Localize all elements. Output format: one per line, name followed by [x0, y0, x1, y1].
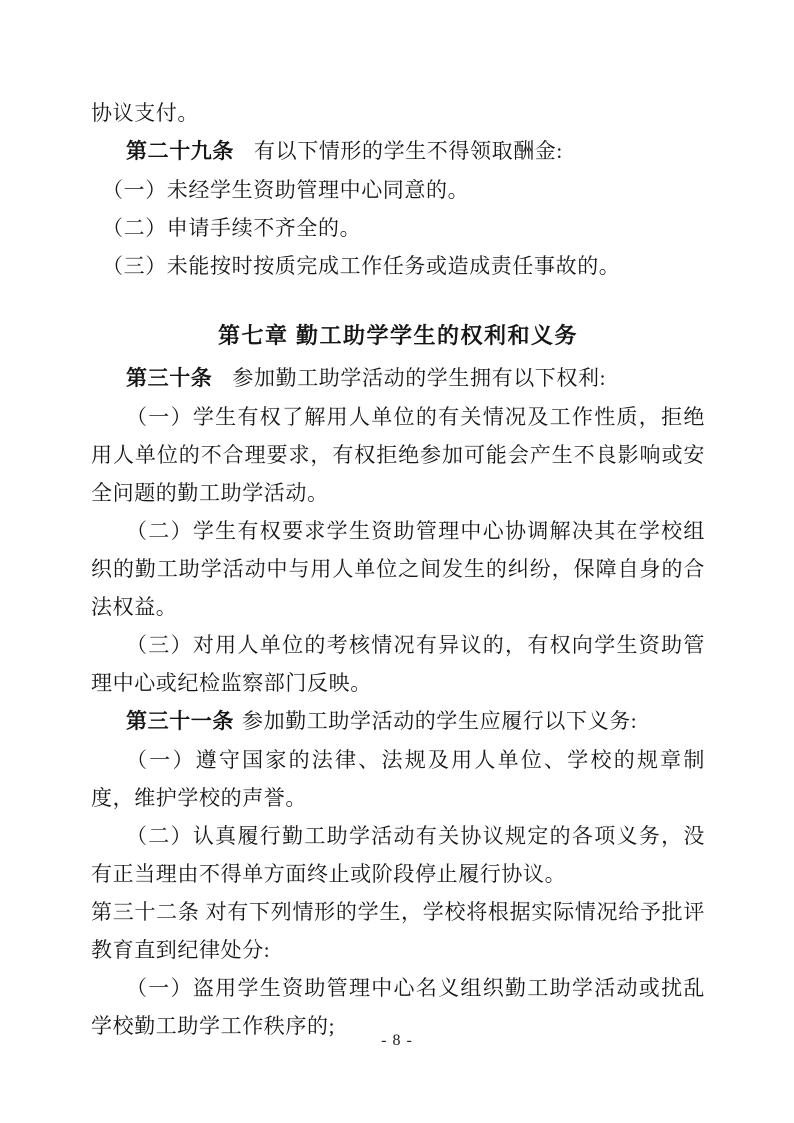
page-number: - 8 - [0, 1032, 794, 1050]
article-31-item-2: （二）认真履行勤工助学活动有关协议规定的各项义务，没有正当理由不得单方面终止或阶… [91, 817, 705, 893]
article-31-text: 参加勤工助学活动的学生应履行以下义务: [242, 709, 637, 733]
article-29-text: 有以下情形的学生不得领取酬金: [254, 139, 563, 163]
article-29-item-3: （三）未能按时按质完成工作任务或造成责任事故的。 [91, 247, 705, 285]
article-30-text: 参加勤工助学活动的学生拥有以下权利: [232, 366, 606, 390]
article-30-number: 第三十条 [126, 367, 212, 390]
article-30-item-3: （三）对用人单位的考核情况有异议的，有权向学生资助管理中心或纪检监察部门反映。 [91, 626, 705, 702]
article-31-number: 第三十一条 [126, 710, 234, 733]
article-29-item-2: （二）申请手续不齐全的。 [91, 209, 705, 247]
article-32: 第三十二条 对有下列情形的学生，学校将根据实际情况给予批评教育直到纪律处分: [91, 893, 705, 969]
article-29-number: 第二十九条 [126, 140, 234, 163]
article-31-item-1: （一）遵守国家的法律、法规及用人单位、学校的规章制度，维护学校的声誉。 [91, 741, 705, 817]
document-body: 协议支付。 第二十九条有以下情形的学生不得领取酬金: （一）未经学生资助管理中心… [91, 94, 705, 1045]
document-page: 协议支付。 第二十九条有以下情形的学生不得领取酬金: （一）未经学生资助管理中心… [0, 0, 794, 1123]
article-29-item-1: （一）未经学生资助管理中心同意的。 [91, 171, 705, 209]
article-31: 第三十一条参加勤工助学活动的学生应履行以下义务: [91, 702, 705, 741]
paragraph-continuation: 协议支付。 [91, 94, 705, 132]
article-30: 第三十条参加勤工助学活动的学生拥有以下权利: [91, 359, 705, 398]
article-29: 第二十九条有以下情形的学生不得领取酬金: [91, 132, 705, 171]
article-30-item-2: （二）学生有权要求学生资助管理中心协调解决其在学校组织的勤工助学活动中与用人单位… [91, 512, 705, 626]
article-30-item-1: （一）学生有权了解用人单位的有关情况及工作性质，拒绝用人单位的不合理要求，有权拒… [91, 398, 705, 512]
chapter-7-heading: 第七章 勤工助学学生的权利和义务 [91, 317, 705, 355]
